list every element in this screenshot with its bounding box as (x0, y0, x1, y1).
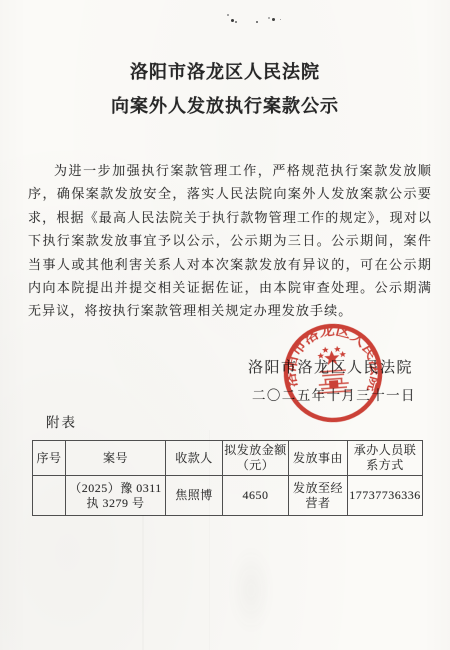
scanned-document: { "document": { "title_line1": "洛阳市洛龙区人民… (0, 0, 450, 650)
cell-seq (33, 476, 66, 516)
cell-contact: 17737736336 (348, 476, 423, 516)
attachment-label: 附表 (46, 411, 77, 431)
table-header-row: 序号 案号 收款人 拟发放金额（元） 发放事由 承办人员联系方式 (33, 441, 423, 476)
scan-smudge (228, 545, 274, 635)
col-header-reason: 发放事由 (289, 441, 348, 476)
page-subtitle: 向案外人发放执行案款公示 (0, 92, 450, 118)
cell-amount: 4650 (223, 476, 289, 516)
col-header-contact: 承办人员联系方式 (348, 441, 423, 476)
scan-crease (142, 515, 144, 650)
table-row: （2025）豫 0311 执 3279 号 焦照博 4650 发放至经营者 17… (33, 476, 423, 516)
scan-speck (235, 21, 237, 23)
cell-case-number: （2025）豫 0311 执 3279 号 (66, 476, 166, 516)
cell-reason: 发放至经营者 (289, 476, 348, 516)
scan-speck (280, 19, 281, 20)
scan-speck (256, 21, 258, 23)
scan-speck (231, 19, 234, 22)
col-header-payee: 收款人 (166, 441, 223, 476)
payout-table: 序号 案号 收款人 拟发放金额（元） 发放事由 承办人员联系方式 （2025）豫… (32, 440, 423, 516)
col-header-amount: 拟发放金额（元） (223, 441, 289, 476)
page-title: 洛阳市洛龙区人民法院 (0, 58, 450, 84)
cell-payee: 焦照博 (166, 476, 223, 516)
col-header-case-number: 案号 (66, 441, 166, 476)
seal-emblem (314, 345, 351, 393)
seal-graphic: 洛阳市洛龙区人民法院 (277, 317, 388, 428)
body-paragraph: 为进一步加强执行案款管理工作，严格规范执行案款发放顺序，确保案款发放安全，落实人… (28, 159, 432, 323)
scan-speck (272, 18, 275, 21)
scan-speck (268, 17, 270, 19)
col-header-seq: 序号 (33, 441, 66, 476)
scan-speck (227, 14, 229, 16)
official-seal: 洛阳市洛龙区人民法院 (277, 317, 388, 428)
